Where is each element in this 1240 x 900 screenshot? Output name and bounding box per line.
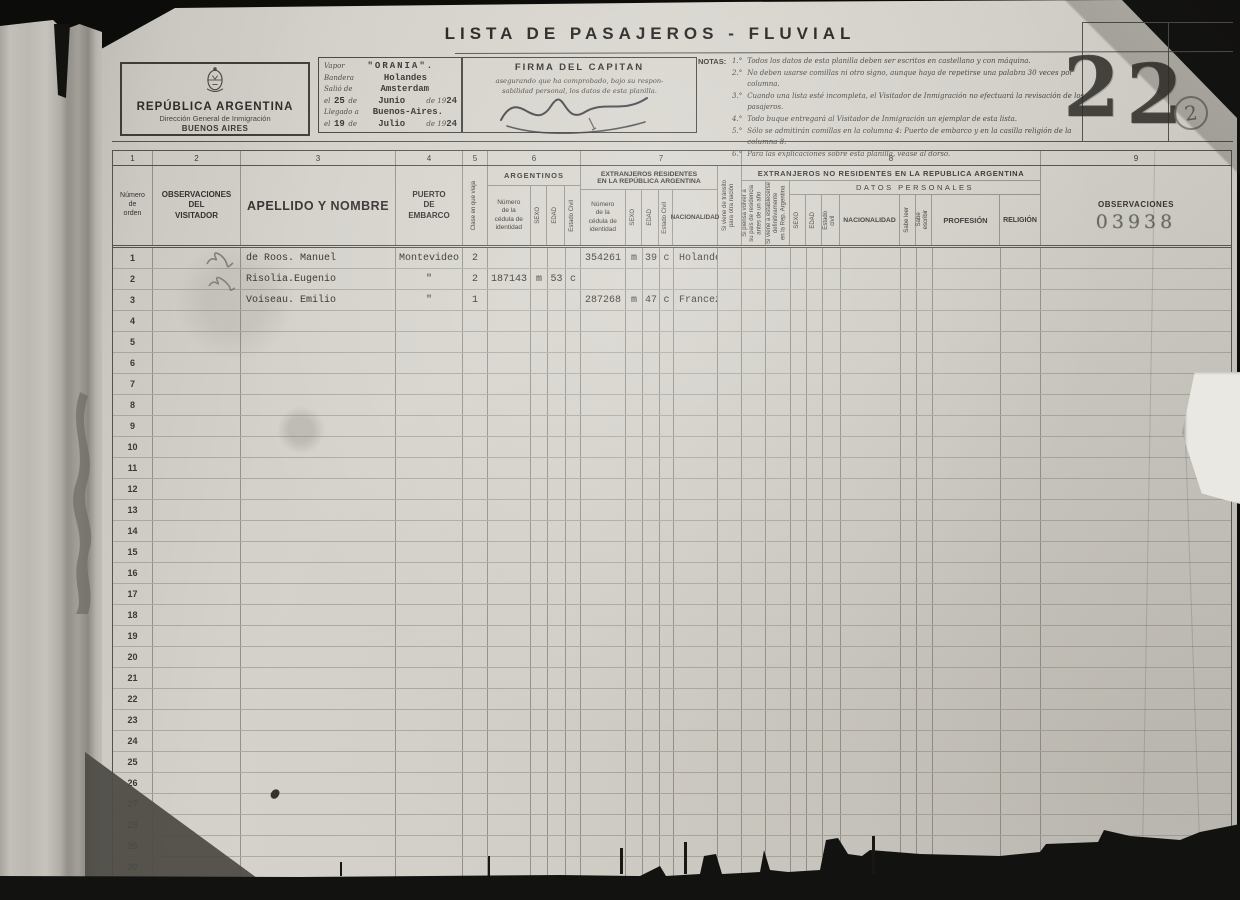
cell-nr-estado	[823, 647, 841, 667]
cell-ext-edad: 47	[643, 290, 660, 310]
cell-arg-sexo	[531, 647, 548, 667]
cell-volver	[742, 605, 766, 625]
column-number-band: 1 2 3 4 5 6 7 8 9	[113, 151, 1231, 166]
cell-clase	[463, 563, 488, 583]
cell-nr-nacionalidad	[841, 479, 901, 499]
cell-nr-nacionalidad	[841, 437, 901, 457]
table-row: 9	[113, 416, 1231, 437]
cell-puerto-embarco	[396, 752, 463, 772]
cell-establecerse	[766, 269, 791, 289]
note-item: 3.° Cuando una lista esté incompleta, el…	[730, 91, 1088, 114]
cell-profesion	[933, 458, 1001, 478]
cell-ext-cedula	[581, 773, 626, 793]
cell-apellido-nombre	[241, 605, 396, 625]
table-row: 11	[113, 458, 1231, 479]
argentinos-edad: EDAD	[547, 186, 565, 245]
bandera-label: Bandera	[324, 74, 354, 82]
cell-arg-estado	[566, 710, 581, 730]
cell-sabe-escribir	[917, 458, 933, 478]
cell-clase	[463, 731, 488, 751]
cell-volver	[742, 500, 766, 520]
cell-arg-sexo	[531, 248, 548, 268]
cell-ext-sexo	[626, 458, 643, 478]
cell-ext-cedula	[581, 416, 626, 436]
cell-ext-edad	[643, 563, 660, 583]
cell-numero-orden: 25	[113, 752, 153, 772]
cell-puerto-embarco	[396, 710, 463, 730]
cell-transito	[718, 269, 742, 289]
cell-nr-edad	[807, 374, 823, 394]
cell-ext-cedula	[581, 752, 626, 772]
cell-ext-estado	[660, 605, 674, 625]
cell-ext-estado	[660, 626, 674, 646]
cell-religion	[1001, 248, 1041, 268]
cell-ext-estado	[660, 542, 674, 562]
cell-ext-nacionalidad	[674, 332, 718, 352]
cell-nr-estado	[823, 731, 841, 751]
table-row: 25	[113, 752, 1231, 773]
cell-arg-estado	[566, 731, 581, 751]
cell-nr-nacionalidad	[841, 710, 901, 730]
cell-numero-orden: 1	[113, 248, 153, 268]
cell-apellido-nombre	[241, 626, 396, 646]
cell-arg-edad	[548, 521, 566, 541]
cell-arg-edad	[548, 479, 566, 499]
cell-nr-sexo	[791, 563, 807, 583]
cell-arg-cedula	[488, 668, 531, 688]
cell-arg-cedula	[488, 416, 531, 436]
ship-name-row: Vapor "ORANIA".	[324, 61, 457, 73]
cell-ext-edad	[643, 458, 660, 478]
cell-volver	[742, 458, 766, 478]
cell-observaciones	[1041, 647, 1231, 667]
band-col-9: 9	[1041, 151, 1231, 165]
cell-profesion	[933, 626, 1001, 646]
cell-establecerse	[766, 710, 791, 730]
cell-apellido-nombre: Risolia.Eugenio	[241, 269, 396, 289]
table-row: 26	[113, 773, 1231, 794]
cell-ext-sexo	[626, 605, 643, 625]
cell-nr-sexo	[791, 395, 807, 415]
observaciones-number-stamp: 03938	[1096, 211, 1176, 233]
notes-list: 1.° Todos los datos de esta planilla deb…	[730, 56, 1088, 126]
cell-nr-sexo	[791, 269, 807, 289]
cell-clase	[463, 752, 488, 772]
ship-arrival-port-row: Llegado a Buenos-Aires.	[324, 107, 457, 119]
argentinos-cedula: Número de la cédula de identidad	[488, 186, 531, 245]
cell-nr-nacionalidad	[841, 290, 901, 310]
cell-volver	[742, 584, 766, 604]
cell-ext-nacionalidad	[674, 584, 718, 604]
cell-volver	[742, 416, 766, 436]
cell-ext-edad	[643, 626, 660, 646]
cell-transito	[718, 731, 742, 751]
note-number: 5.°	[730, 126, 742, 149]
cell-ext-edad	[643, 710, 660, 730]
cell-nr-sexo	[791, 710, 807, 730]
table-row: 19	[113, 626, 1231, 647]
cell-apellido-nombre	[241, 689, 396, 709]
llegado-label: Llegado a	[324, 108, 359, 116]
cell-numero-orden: 9	[113, 416, 153, 436]
header-puerto-embarco: PUERTO DE EMBARCO	[396, 166, 463, 245]
observaciones-label: OBSERVACIONES	[1098, 200, 1174, 210]
band-col-5: 5	[463, 151, 488, 165]
llegado-value: Buenos-Aires.	[359, 107, 457, 117]
cell-transito	[718, 542, 742, 562]
cell-apellido-nombre: Voiseau. Emilio	[241, 290, 396, 310]
cell-religion	[1001, 500, 1041, 520]
cell-nr-nacionalidad	[841, 311, 901, 331]
cell-arg-sexo	[531, 731, 548, 751]
cell-ext-estado	[660, 500, 674, 520]
cell-arg-sexo	[531, 479, 548, 499]
cell-nr-nacionalidad	[841, 689, 901, 709]
cell-observaciones-visitador	[153, 395, 241, 415]
cell-clase	[463, 710, 488, 730]
cell-arg-sexo	[531, 416, 548, 436]
cell-nr-edad	[807, 626, 823, 646]
cell-numero-orden: 12	[113, 479, 153, 499]
cell-ext-sexo	[626, 584, 643, 604]
residentes-edad: EDAD	[642, 190, 659, 245]
cell-nr-sexo	[791, 689, 807, 709]
cell-ext-cedula	[581, 542, 626, 562]
cell-ext-cedula	[581, 605, 626, 625]
cell-ext-sexo	[626, 563, 643, 583]
cell-nr-sexo	[791, 626, 807, 646]
cell-nr-sexo	[791, 647, 807, 667]
cell-numero-orden: 8	[113, 395, 153, 415]
cell-volver	[742, 395, 766, 415]
cell-ext-cedula: 354261	[581, 248, 626, 268]
cell-nr-estado	[823, 626, 841, 646]
cell-nr-edad	[807, 458, 823, 478]
cell-ext-sexo: m	[626, 248, 643, 268]
cell-ext-estado	[660, 269, 674, 289]
cell-ext-estado	[660, 437, 674, 457]
cell-ext-sexo	[626, 332, 643, 352]
cell-ext-nacionalidad	[674, 437, 718, 457]
cell-ext-nacionalidad	[674, 521, 718, 541]
cell-volver	[742, 563, 766, 583]
cell-puerto-embarco	[396, 689, 463, 709]
cell-transito	[718, 521, 742, 541]
table-row: 4	[113, 311, 1231, 332]
notes-label: NOTAS:	[698, 56, 726, 126]
scanned-document: LISTA DE PASAJEROS - FLUVIAL REPÚBLICA A…	[0, 0, 1240, 900]
cell-transito	[718, 584, 742, 604]
cell-clase	[463, 374, 488, 394]
cell-arg-estado	[566, 563, 581, 583]
cell-ext-estado	[660, 521, 674, 541]
cell-ext-estado	[660, 731, 674, 751]
cell-religion	[1001, 395, 1041, 415]
header-orden: Número de orden	[113, 166, 153, 245]
cell-ext-sexo	[626, 353, 643, 373]
no-residentes-sabe-escribir: Sabe escribir	[916, 195, 932, 245]
cell-transito	[718, 773, 742, 793]
no-residentes-estado-civil: Estado civil	[822, 195, 840, 245]
cell-transito	[718, 311, 742, 331]
cell-nr-sexo	[791, 584, 807, 604]
cell-apellido-nombre	[241, 311, 396, 331]
notes-box: NOTAS: 1.° Todos los datos de esta plani…	[698, 56, 1088, 126]
cell-nr-estado	[823, 311, 841, 331]
cell-volver	[742, 374, 766, 394]
cell-nr-estado	[823, 752, 841, 772]
cell-observaciones-visitador	[153, 332, 241, 352]
no-residentes-religion: RELIGIÓN	[1000, 195, 1040, 245]
cell-ext-sexo	[626, 416, 643, 436]
salida-dia: 25	[330, 96, 348, 106]
cell-religion	[1001, 563, 1041, 583]
cell-nr-estado	[823, 395, 841, 415]
cell-sabe-escribir	[917, 689, 933, 709]
cell-sabe-escribir	[917, 437, 933, 457]
cell-arg-edad	[548, 353, 566, 373]
cell-profesion	[933, 269, 1001, 289]
cell-arg-edad	[548, 374, 566, 394]
cell-observaciones-visitador	[153, 416, 241, 436]
cell-sabe-leer	[901, 290, 917, 310]
cell-ext-cedula	[581, 689, 626, 709]
cell-arg-estado	[566, 437, 581, 457]
cell-clase	[463, 773, 488, 793]
cell-profesion	[933, 374, 1001, 394]
cell-nr-nacionalidad	[841, 752, 901, 772]
cell-religion	[1001, 374, 1041, 394]
cell-religion	[1001, 437, 1041, 457]
cell-arg-edad	[548, 773, 566, 793]
header-visitador: OBSERVACIONES DEL VISITADOR	[153, 166, 241, 245]
cell-arg-cedula	[488, 542, 531, 562]
cell-arg-estado	[566, 647, 581, 667]
cell-apellido-nombre	[241, 521, 396, 541]
cell-puerto-embarco	[396, 563, 463, 583]
cell-numero-orden: 2	[113, 269, 153, 289]
cell-establecerse	[766, 521, 791, 541]
cell-nr-edad	[807, 416, 823, 436]
cell-numero-orden: 13	[113, 500, 153, 520]
captain-signature-ink	[493, 82, 665, 134]
cell-ext-sexo	[626, 731, 643, 751]
cell-sabe-escribir	[917, 248, 933, 268]
cell-nr-edad	[807, 332, 823, 352]
cell-nr-sexo	[791, 311, 807, 331]
cell-sabe-leer	[901, 731, 917, 751]
cell-sabe-leer	[901, 458, 917, 478]
argentinos-sexo: SEXO	[531, 186, 548, 245]
cell-profesion	[933, 773, 1001, 793]
cell-sabe-escribir	[917, 668, 933, 688]
cell-establecerse	[766, 332, 791, 352]
cell-ext-cedula	[581, 626, 626, 646]
cell-religion	[1001, 773, 1041, 793]
cell-sabe-leer	[901, 437, 917, 457]
cell-nr-nacionalidad	[841, 605, 901, 625]
cell-ext-cedula	[581, 521, 626, 541]
band-col-4: 4	[396, 151, 463, 165]
cell-sabe-escribir	[917, 311, 933, 331]
no-residentes-title: EXTRANJEROS NO RESIDENTES EN LA REPUBLIC…	[742, 166, 1040, 181]
cell-ext-edad	[643, 647, 660, 667]
cell-volver	[742, 647, 766, 667]
note-item: 2.° No deben usarse comillas ni otro sig…	[730, 68, 1088, 91]
cell-ext-estado	[660, 710, 674, 730]
cell-arg-sexo	[531, 626, 548, 646]
cell-ext-sexo	[626, 542, 643, 562]
cell-numero-orden: 21	[113, 668, 153, 688]
cell-establecerse	[766, 689, 791, 709]
cell-ext-estado	[660, 311, 674, 331]
cell-arg-estado	[566, 752, 581, 772]
cell-establecerse	[766, 752, 791, 772]
cell-religion	[1001, 647, 1041, 667]
ship-info-box: Vapor "ORANIA". Bandera Holandes Salió d…	[318, 57, 462, 133]
cell-observaciones-visitador	[153, 311, 241, 331]
cell-religion	[1001, 605, 1041, 625]
cell-nr-edad	[807, 752, 823, 772]
cell-arg-cedula	[488, 773, 531, 793]
table-row: 18	[113, 605, 1231, 626]
cell-arg-edad: 53	[548, 269, 566, 289]
cell-establecerse	[766, 458, 791, 478]
cell-arg-sexo	[531, 290, 548, 310]
cell-apellido-nombre	[241, 374, 396, 394]
cell-arg-cedula	[488, 332, 531, 352]
cell-puerto-embarco	[396, 773, 463, 793]
cell-nr-edad	[807, 710, 823, 730]
cell-ext-cedula	[581, 479, 626, 499]
cell-apellido-nombre	[241, 584, 396, 604]
cell-nr-edad	[807, 773, 823, 793]
cell-transito	[718, 479, 742, 499]
cell-ext-edad	[643, 269, 660, 289]
cell-observaciones-visitador	[153, 689, 241, 709]
cell-nr-edad	[807, 647, 823, 667]
salio-label: Salió de	[324, 85, 353, 93]
cell-arg-estado	[566, 395, 581, 415]
note-text: Todos los datos de esta planilla deben s…	[747, 56, 1030, 68]
cell-ext-nacionalidad	[674, 353, 718, 373]
cell-ext-edad	[643, 374, 660, 394]
cell-clase	[463, 458, 488, 478]
cell-volver	[742, 521, 766, 541]
cell-arg-estado	[566, 353, 581, 373]
cell-observaciones	[1041, 584, 1231, 604]
cell-puerto-embarco	[396, 668, 463, 688]
cell-arg-estado	[566, 521, 581, 541]
cell-sabe-escribir	[917, 500, 933, 520]
cell-sabe-leer	[901, 395, 917, 415]
cell-observaciones-visitador	[153, 626, 241, 646]
cell-religion	[1001, 542, 1041, 562]
cell-numero-orden: 23	[113, 710, 153, 730]
cell-sabe-leer	[901, 668, 917, 688]
cell-establecerse	[766, 773, 791, 793]
cell-sabe-leer	[901, 584, 917, 604]
cell-ext-nacionalidad	[674, 374, 718, 394]
cell-arg-estado	[566, 458, 581, 478]
table-row: 21	[113, 668, 1231, 689]
cell-nr-estado	[823, 437, 841, 457]
band-col-6: 6	[488, 151, 581, 165]
cell-religion	[1001, 269, 1041, 289]
cell-religion	[1001, 479, 1041, 499]
cell-puerto-embarco	[396, 647, 463, 667]
cell-establecerse	[766, 374, 791, 394]
cell-ext-nacionalidad: Francez	[674, 290, 718, 310]
de19-label: de 19	[426, 97, 446, 105]
cell-ext-nacionalidad	[674, 752, 718, 772]
cell-ext-nacionalidad	[674, 731, 718, 751]
cell-volver	[742, 311, 766, 331]
cell-observaciones-visitador	[153, 710, 241, 730]
cell-sabe-leer	[901, 605, 917, 625]
cell-observaciones	[1041, 668, 1231, 688]
cell-sabe-escribir	[917, 353, 933, 373]
cell-observaciones-visitador	[153, 731, 241, 751]
cell-apellido-nombre	[241, 479, 396, 499]
cell-nr-nacionalidad	[841, 269, 901, 289]
cell-clase	[463, 542, 488, 562]
cell-numero-orden: 4	[113, 311, 153, 331]
cell-ext-cedula	[581, 353, 626, 373]
band-col-8: 8	[742, 151, 1041, 165]
cell-profesion	[933, 332, 1001, 352]
cell-arg-estado	[566, 248, 581, 268]
cell-religion	[1001, 458, 1041, 478]
cell-observaciones-visitador	[153, 542, 241, 562]
cell-establecerse	[766, 647, 791, 667]
cell-arg-cedula	[488, 458, 531, 478]
cell-observaciones-visitador	[153, 563, 241, 583]
cell-sabe-escribir	[917, 710, 933, 730]
cell-establecerse	[766, 668, 791, 688]
cell-ext-sexo	[626, 710, 643, 730]
cell-transito	[718, 416, 742, 436]
cell-sabe-escribir	[917, 479, 933, 499]
cell-nr-sexo	[791, 458, 807, 478]
cell-establecerse	[766, 584, 791, 604]
cell-transito	[718, 752, 742, 772]
cell-ext-edad	[643, 521, 660, 541]
note-text: Todo buque entregará al Visitador de Inm…	[747, 114, 1017, 126]
agency-name: REPÚBLICA ARGENTINA	[137, 101, 294, 113]
cell-arg-sexo	[531, 773, 548, 793]
cell-establecerse	[766, 395, 791, 415]
cell-arg-estado	[566, 311, 581, 331]
agency-city: BUENOS AIRES	[182, 124, 249, 133]
cell-arg-sexo	[531, 353, 548, 373]
tear-tick-3	[620, 848, 623, 874]
cell-ext-edad	[643, 479, 660, 499]
cell-nr-nacionalidad	[841, 374, 901, 394]
cell-nr-edad	[807, 584, 823, 604]
cell-observaciones	[1041, 773, 1231, 793]
cell-arg-sexo	[531, 710, 548, 730]
cell-puerto-embarco	[396, 584, 463, 604]
note-number: 4.°	[730, 114, 742, 126]
cell-sabe-leer	[901, 311, 917, 331]
cell-ext-edad	[643, 731, 660, 751]
cell-ext-cedula	[581, 710, 626, 730]
cell-ext-estado	[660, 353, 674, 373]
cell-arg-estado	[566, 290, 581, 310]
cell-ext-sexo	[626, 773, 643, 793]
cell-volver	[742, 626, 766, 646]
